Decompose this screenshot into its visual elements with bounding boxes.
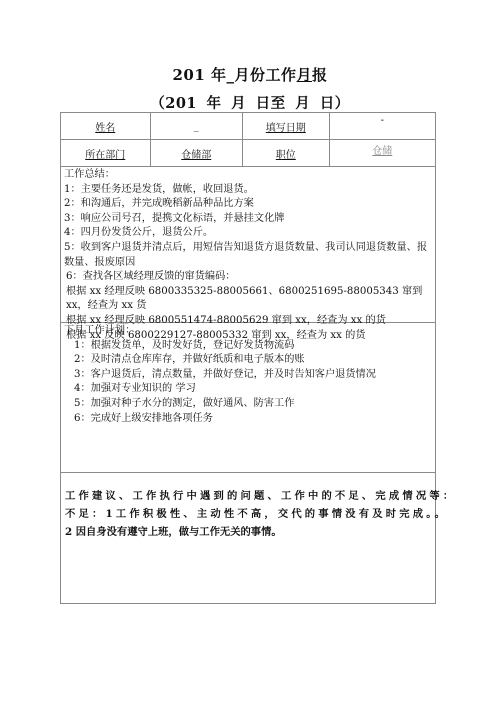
- department-label: 所在部门: [61, 140, 151, 166]
- fill-date-label: 填写日期: [243, 113, 330, 139]
- plan-item-3: 3：客户退货后，清点数量，并做好登记，并及时告知客户退货情况: [64, 368, 432, 383]
- summary-item-2: 2：和沟通后，并完成晚稻新品种品比方案: [64, 197, 432, 212]
- suggestion-line-1: 不足：1工作积极性、主动性不高，交代的事情没有及时完成。。: [65, 505, 432, 523]
- title-period-underlined: 月: [297, 66, 313, 84]
- title-middle: 月份工作: [235, 66, 297, 84]
- header-row-1: 姓名 _ 填写日期 -: [61, 113, 435, 140]
- summary-item-5: 5：收到客户退货并清点后，用短信告知退货方退货数量、我司认同退货数量、报数量、报…: [64, 241, 432, 270]
- document-subtitle: （201 年 月 日至 月 日）: [0, 92, 500, 113]
- header-row-2: 所在部门 仓储部 职位 仓储: [61, 140, 435, 167]
- title-year: 201 年: [172, 66, 226, 84]
- title-month-blank[interactable]: _: [227, 66, 235, 84]
- position-label: 职位: [243, 140, 330, 166]
- report-table: 姓名 _ 填写日期 - 所在部门 仓储部 职位 仓储 工作总结： 1：主要任务还…: [60, 112, 436, 604]
- next-month-plan-section[interactable]: 下月工作计划： 1：根据发货单，及时发好货，登记好发货物流码 2：及时清点仓库库…: [61, 323, 435, 473]
- summary-item-3: 3：响应公司号召，提携文化标语，并悬挂文化牌: [64, 212, 432, 227]
- department-value[interactable]: 仓储部: [151, 140, 244, 166]
- summary-item-6: 6：查找各区域经理反馈的窜货编码：: [64, 270, 432, 285]
- plan-item-5: 5：加强对种子水分的测定，做好通风、防害工作: [64, 397, 432, 412]
- plan-item-1: 1：根据发货单，及时发好货，登记好发货物流码: [64, 339, 432, 354]
- suggestions-heading: 工作建议、工作执行中遇到的问题、工作中的不足、完成情况等：: [65, 487, 432, 505]
- fill-date-value[interactable]: -: [330, 113, 435, 139]
- name-label: 姓名: [61, 113, 151, 139]
- plan-heading: 下月工作计划：: [64, 324, 432, 339]
- document-title: 201 年_月份工作月报: [0, 64, 500, 85]
- summary-item-1: 1：主要任务还是发货，做帐，收回退货。: [64, 183, 432, 198]
- title-suffix: 报: [312, 66, 328, 84]
- summary-item-6-detail-1: 根据 xx 经理反映 6800335325-88005661、680025169…: [64, 285, 432, 314]
- suggestion-line-2: 2 因自身没有遵守上班，做与工作无关的事情。: [65, 523, 432, 541]
- suggestions-section[interactable]: 工作建议、工作执行中遇到的问题、工作中的不足、完成情况等： 不足：1工作积极性、…: [61, 473, 435, 603]
- summary-item-4: 4：四月份发货公斤，退货公斤。: [64, 226, 432, 241]
- plan-item-6: 6：完成好上级安排地各项任务: [64, 412, 432, 427]
- position-value[interactable]: 仓储: [330, 140, 435, 166]
- work-summary-section[interactable]: 工作总结： 1：主要任务还是发货，做帐，收回退货。 2：和沟通后，并完成晚稻新品…: [61, 167, 435, 323]
- plan-item-2: 2：及时清点仓库库存，并做好纸质和电子版本的账: [64, 353, 432, 368]
- summary-heading: 工作总结：: [64, 168, 432, 183]
- plan-item-4: 4：加强对专业知识的 学习: [64, 382, 432, 397]
- name-value[interactable]: _: [151, 113, 244, 139]
